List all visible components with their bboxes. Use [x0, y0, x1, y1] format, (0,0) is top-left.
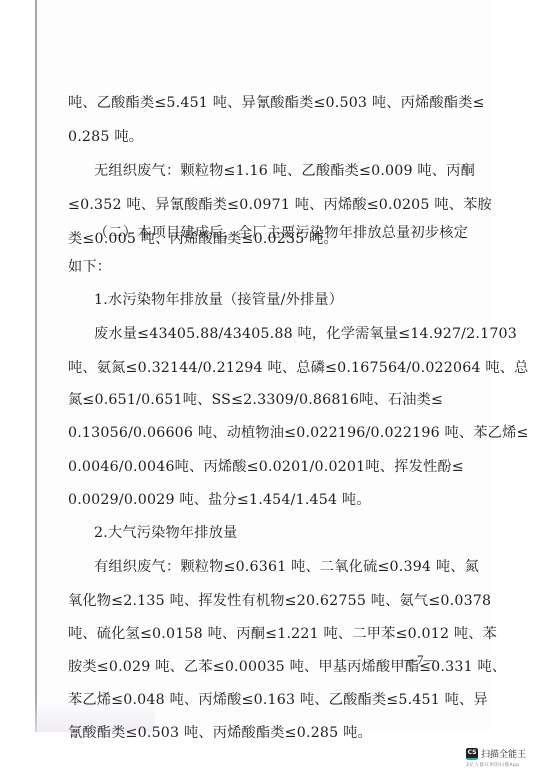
text-line: 0.285 吨。	[68, 128, 143, 146]
text-line: 吨、硫化氢≤0.0158 吨、丙酮≤1.221 吨、二甲苯≤0.012 吨、苯	[68, 625, 497, 643]
text-line: 吨、乙酸酯类≤5.451 吨、异氰酸酯类≤0.503 吨、丙烯酸酯类≤	[68, 94, 485, 112]
text-line: 苯乙烯≤0.048 吨、丙烯酸≤0.163 吨、乙酸酯类≤5.451 吨、异	[68, 691, 488, 709]
paragraph-unorganized-emissions: 无组织废气：颗粒物≤1.16 吨、乙酸酯类≤0.009 吨、丙酮	[94, 162, 475, 180]
scanner-watermark: CS 扫描全能王 3亿人都在用的扫描App	[466, 748, 546, 772]
watermark-subtitle: 3亿人都在用的扫描App	[466, 762, 520, 768]
text-line: 0.0029/0.0029 吨、盐分≤1.454/1.454 吨。	[68, 491, 371, 509]
camscanner-logo-icon: CS	[466, 748, 478, 760]
paragraph-air: 有组织废气：颗粒物≤0.6361 吨、二氧化硫≤0.394 吨、氮	[94, 558, 479, 576]
text-line-justified: 氮 ≤ 0.651/0.651 吨 、 SS ≤ 2.3309/0.86816 …	[68, 391, 426, 409]
text-line: 氰酸酯类≤0.503 吨、丙烯酸酯类≤0.285 吨。	[68, 724, 372, 742]
watermark-title: 扫描全能王	[481, 747, 526, 760]
text-line: 0.13056/0.06606 吨、动植物油≤0.022196/0.022196…	[68, 424, 529, 442]
subheading-water-pollutants: 1.水污染物年排放量（接管量/外排量）	[94, 291, 343, 309]
text-line: 氧化物≤2.135 吨、挥发性有机物≤20.62755 吨、氨气≤0.0378	[68, 592, 491, 610]
text-line-justified: 0.0046/0.0046 吨 、 丙 烯 酸 ≤ 0.0201/0.0201 …	[68, 458, 426, 476]
text-line: 胺类≤0.029 吨、乙苯≤0.00035 吨、甲基丙烯酸甲酯≤0.331 吨、	[68, 658, 506, 676]
section-heading-2: （二）本项目建成后，全厂主要污染物年排放总量初步核定	[94, 224, 468, 242]
text-line: 吨、氨氮≤0.32144/0.21294 吨、总磷≤0.167564/0.022…	[68, 359, 529, 377]
page-number: —7—	[404, 652, 437, 668]
text-line: ≤0.352 吨、异氰酸酯类≤0.0971 吨、丙烯酸≤0.0205 吨、苯胺	[68, 196, 492, 214]
paragraph-water: 废水量≤43405.88/43405.88 吨，化学需氧量≤14.927/2.1…	[94, 325, 517, 343]
text-line: 如下：	[68, 258, 111, 276]
subheading-air-pollutants: 2.大气污染物年排放量	[94, 524, 237, 542]
